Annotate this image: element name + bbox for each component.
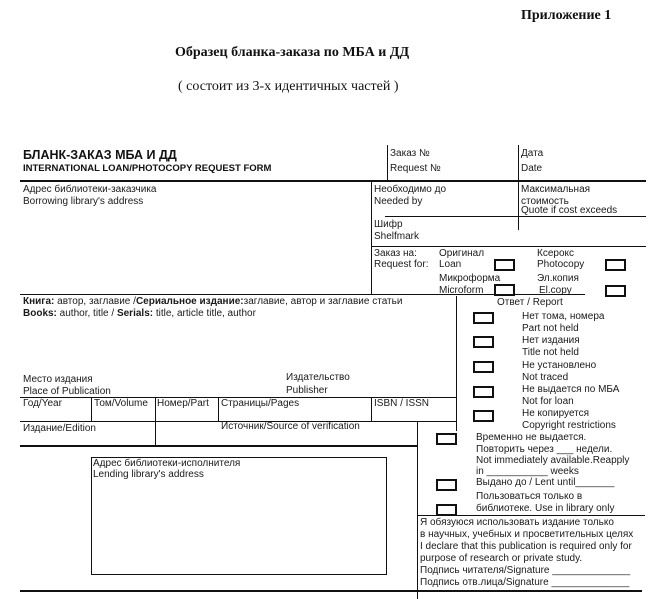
option-elcopy-ru: Эл.копия: [537, 273, 579, 285]
loan-checkbox[interactable]: [494, 259, 515, 271]
part-not-held-checkbox[interactable]: [473, 312, 494, 324]
divider: [417, 421, 418, 599]
divider: [371, 246, 646, 247]
form-title-en: INTERNATIONAL LOAN/PHOTOCOPY REQUEST FOR…: [23, 163, 271, 174]
divider: [387, 145, 388, 180]
report-item-ru: Нет тома, номера: [522, 311, 604, 323]
divider: [20, 294, 585, 295]
report-item-ru: Не копируется: [522, 408, 589, 420]
book-label-ru: Книга: автор, заглавие /Сериальное издан…: [23, 296, 402, 308]
shelfmark-label-ru: Шифр: [374, 219, 403, 231]
option-microform-en: Microform: [439, 285, 483, 297]
needed-by-label-en: Needed by: [374, 196, 422, 208]
needed-by-label-ru: Необходимо до: [374, 184, 446, 196]
report-extra-line: Пользоваться только в: [476, 491, 582, 503]
staff-signature-field[interactable]: Подпись отв.лица/Signature _____________…: [420, 577, 629, 589]
divider: [91, 397, 92, 421]
page-title: Образец бланка-заказа по МБА и ДД: [175, 45, 409, 61]
lending-library-label-en: Lending library's address: [93, 469, 204, 481]
borrowing-library-label-ru: Адрес библиотеки-заказчика: [23, 184, 156, 196]
date-label-en: Date: [521, 163, 542, 175]
copyright-restrictions-checkbox[interactable]: [473, 410, 494, 422]
part-label: Номер/Part: [157, 398, 209, 410]
not-for-loan-checkbox[interactable]: [473, 386, 494, 398]
edition-label: Издание/Edition: [23, 423, 96, 435]
request-no-label-en: Request №: [390, 163, 441, 175]
max-cost-label-ru1: Максимальная: [521, 184, 590, 196]
appendix-label: Приложение 1: [521, 8, 611, 24]
divider: [417, 515, 645, 516]
report-title: Ответ / Report: [497, 297, 563, 309]
reader-signature-field[interactable]: Подпись читателя/Signature _____________…: [420, 565, 630, 577]
publisher-label-ru: Издательство: [286, 372, 350, 384]
elcopy-checkbox[interactable]: [605, 285, 626, 297]
isbn-label: ISBN / ISSN: [374, 398, 429, 410]
book-field[interactable]: [20, 322, 455, 370]
book-label-en: Books: author, title / Serials: title, a…: [23, 308, 256, 320]
shelfmark-field[interactable]: [430, 218, 644, 242]
divider: [456, 296, 457, 431]
request-no-label-ru: Заказ №: [390, 148, 430, 160]
report-item-en: Not for loan: [522, 396, 574, 408]
page-subtitle: ( состоит из 3-х идентичных частей ): [178, 79, 399, 95]
publisher-label-en: Publisher: [286, 385, 328, 397]
temporarily-unavailable-checkbox[interactable]: [436, 433, 457, 445]
not-traced-checkbox[interactable]: [473, 361, 494, 373]
volume-label: Том/Volume: [94, 398, 148, 410]
option-microform-ru: Микроформа: [439, 273, 500, 285]
report-item-ru: Не выдается по МБА: [522, 384, 619, 396]
declaration-line: Я обязуюся использовать издание только: [420, 517, 614, 529]
report-extra-line: Временно не выдается.: [476, 432, 586, 444]
report-item-ru: Не установлено: [522, 360, 596, 372]
option-elcopy-en: El.copy: [539, 285, 572, 297]
option-photocopy-en: Photocopy: [537, 259, 584, 271]
report-item-en: Title not held: [522, 347, 579, 359]
form-bottom-rule: [20, 590, 642, 592]
divider: [371, 180, 372, 294]
declaration-line: в научных, учебных и просветительных цел…: [420, 529, 633, 541]
photocopy-checkbox[interactable]: [605, 259, 626, 271]
pages-label: Страницы/Pages: [221, 398, 299, 410]
divider: [371, 397, 372, 421]
title-not-held-checkbox[interactable]: [473, 336, 494, 348]
lent-until-checkbox[interactable]: [436, 479, 457, 491]
report-extra-line: Выдано до / Lent until_______: [476, 477, 614, 489]
option-loan-en: Loan: [439, 259, 461, 271]
borrowing-library-field[interactable]: [20, 206, 370, 294]
year-label: Год/Year: [23, 398, 62, 410]
divider: [20, 445, 418, 447]
form-top-rule: [20, 180, 646, 182]
divider: [385, 216, 646, 217]
report-item-en: Copyright restrictions: [522, 420, 616, 432]
date-label-ru: Дата: [521, 148, 543, 160]
request-for-label-en: Request for:: [374, 259, 428, 271]
declaration-line: I declare that this publication is requi…: [420, 541, 632, 553]
report-item-en: Not traced: [522, 372, 568, 384]
form-title-ru: БЛАНК-ЗАКАЗ МБА И ДД: [23, 148, 177, 162]
declaration-line: purpose of research or private study.: [420, 553, 582, 565]
source-label: Источник/Source of verification: [221, 421, 360, 433]
report-item-ru: Нет издания: [522, 335, 580, 347]
shelfmark-label-en: Shelfmark: [374, 231, 419, 243]
divider: [218, 397, 219, 421]
report-extra-line: библиотеке. Use in library only: [476, 503, 614, 515]
report-item-en: Part not held: [522, 323, 579, 335]
place-label-ru: Место издания: [23, 374, 93, 386]
